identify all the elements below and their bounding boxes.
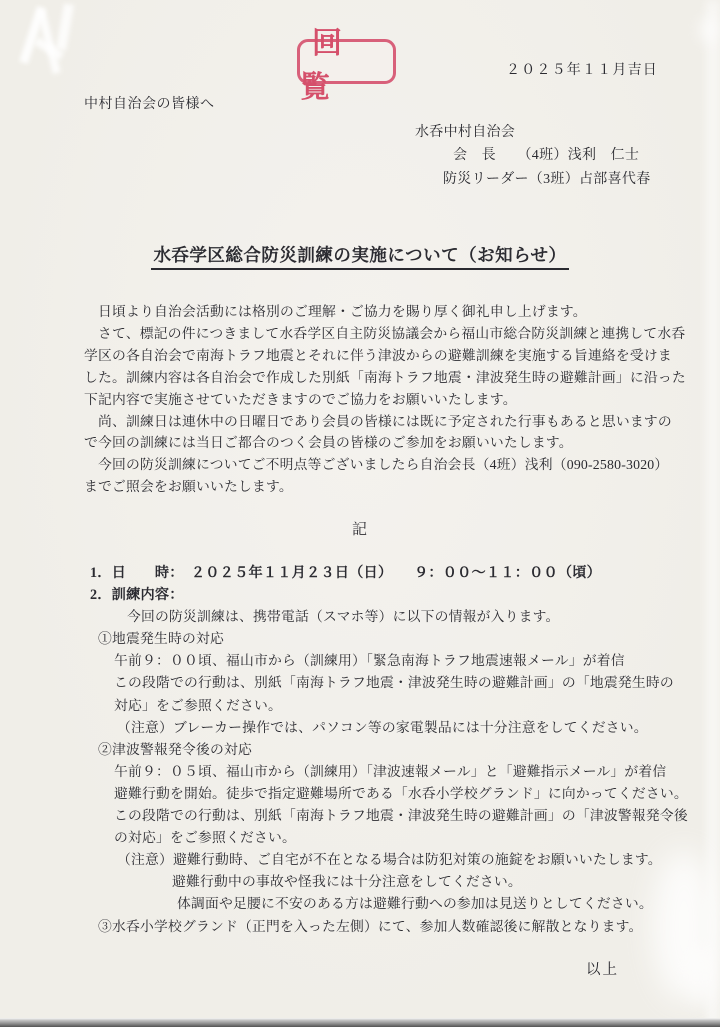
detail-caution-cont: 避難行動中の事故や怪我には十分注意をしてください。: [172, 871, 688, 893]
sender-disaster-leader: 防災リーダー（3班）占部喜代春: [443, 168, 651, 191]
sender-chairman: 会 長 （4班）浅利 仁士: [453, 144, 651, 167]
circulation-stamp: 回覧: [297, 39, 396, 84]
record-marker: 記: [0, 518, 720, 539]
document-title-text: 水呑学区総合防災訓練の実施について（お知らせ）: [151, 245, 568, 270]
detail-item1-heading: ①地震発生時の対応: [98, 628, 688, 650]
body-line: 学区の各自治会で南海トラフ地震とそれに伴う津波からの避難訓練を実施する旨連絡を受…: [84, 345, 686, 367]
detail-caution-line: （注意）避難行動時、ご自宅が不在となる場合は防犯対策の施錠をお願いいたします。: [117, 849, 688, 871]
detail-line: 対応」をご参照ください。: [114, 695, 688, 717]
sender-block: 水呑中村自治会 会 長 （4班）浅利 仁士 防災リーダー（3班）占部喜代春: [415, 121, 651, 191]
document-date: ２０２５年１１月吉日: [506, 59, 658, 79]
detail-caution-cont: 体調面や足腰に不安のある方は避難行動への参加は見送りとしてください。: [177, 893, 688, 915]
detail-line: 避難行動を開始。徒歩で指定避難場所である「水呑小学校グランド」に向かってください…: [114, 783, 688, 805]
detail-item3-heading: ③水呑小学校グランド（正門を入った左側）にて、参加人数確認後に解散となります。: [98, 916, 688, 938]
detail-line: 午前９：０５頃、福山市から（訓練用）「津波速報メール」と「避難指示メール」が着信: [114, 761, 688, 783]
recipient-line: 中村自治会の皆様へ: [84, 93, 215, 113]
detail-caution-line: （注意）ブレーカー操作では、パソコン等の家電製品には十分注意をしてください。: [117, 717, 688, 739]
body-line: までご照会をお願いいたします。: [84, 476, 686, 498]
sender-organization: 水呑中村自治会: [415, 121, 651, 144]
body-line: 尚、訓練日は連休中の日曜日であり会員の皆様には既に予定された行事もあると思います…: [84, 411, 686, 433]
detail-item2-heading: ②津波警報発令後の対応: [98, 739, 688, 761]
body-line: 下記内容で実施させていただきますのでご協力をお願いいたします。: [84, 389, 686, 411]
scan-crease-artifact: [37, 10, 60, 74]
body-line: した。訓練内容は各自治会で作成した別紙「南海トラフ地震・津波発生時の避難計画」に…: [84, 367, 686, 389]
detail-line: この段階での行動は、別紙「南海トラフ地震・津波発生時の避難計画」の「津波警報発令…: [114, 805, 688, 827]
detail-line: 午前９：００頃、福山市から（訓練用）「緊急南海トラフ地震速報メール」が着信: [114, 650, 688, 672]
scan-white-blob: [688, 946, 714, 1008]
body-paragraphs: 日頃より自治会活動には格別のご理解・ご協力を賜り厚く御礼申し上げます。 さて、標…: [84, 301, 686, 498]
scanner-edge-strip: [0, 1018, 720, 1027]
scan-crease-artifact: [19, 6, 45, 64]
body-line: 今回の防災訓練についてご不明点等ございましたら自治会長（4班）浅利（090-25…: [84, 454, 686, 476]
detail-line: の対応」をご参照ください。: [114, 827, 688, 849]
scan-white-blob: [698, 16, 718, 44]
body-line: さて、標記の件につきまして水呑学区自主防災協議会から福山市総合防災訓練と連携して…: [84, 323, 686, 345]
scan-edge-streak: [706, 0, 720, 1027]
detail-line: この段階での行動は、別紙「南海トラフ地震・津波発生時の避難計画」の「地震発生時の: [114, 672, 688, 694]
scan-crease-artifact: [56, 3, 74, 50]
body-line: で今回の訓練には当日ご都合のつく会員の皆様のご参加をお願いいたします。: [84, 432, 686, 454]
detail-intro-line: 今回の防災訓練は、携帯電話（スマホ等）に以下の情報が入ります。: [127, 606, 688, 628]
scanned-notice-page: 回覧 ２０２５年１１月吉日 中村自治会の皆様へ 水呑中村自治会 会 長 （4班）…: [0, 0, 720, 1027]
detail-contents-label: 2．訓練内容：: [90, 584, 688, 606]
body-line: 日頃より自治会活動には格別のご理解・ご協力を賜り厚く御礼申し上げます。: [84, 301, 686, 323]
closing-label: 以上: [586, 958, 619, 979]
detail-datetime-line: 1．日 時： ２０２５年１１月２３日（日） ９：００～１１：００（頃）: [90, 562, 688, 584]
circulation-stamp-text: 回覧: [300, 18, 393, 106]
details-section: 1．日 時： ２０２５年１１月２３日（日） ９：００～１１：００（頃） 2．訓練…: [84, 562, 688, 938]
scan-crease-artifact: [34, 37, 64, 61]
document-title: 水呑学区総合防災訓練の実施について（お知らせ）: [0, 242, 720, 267]
